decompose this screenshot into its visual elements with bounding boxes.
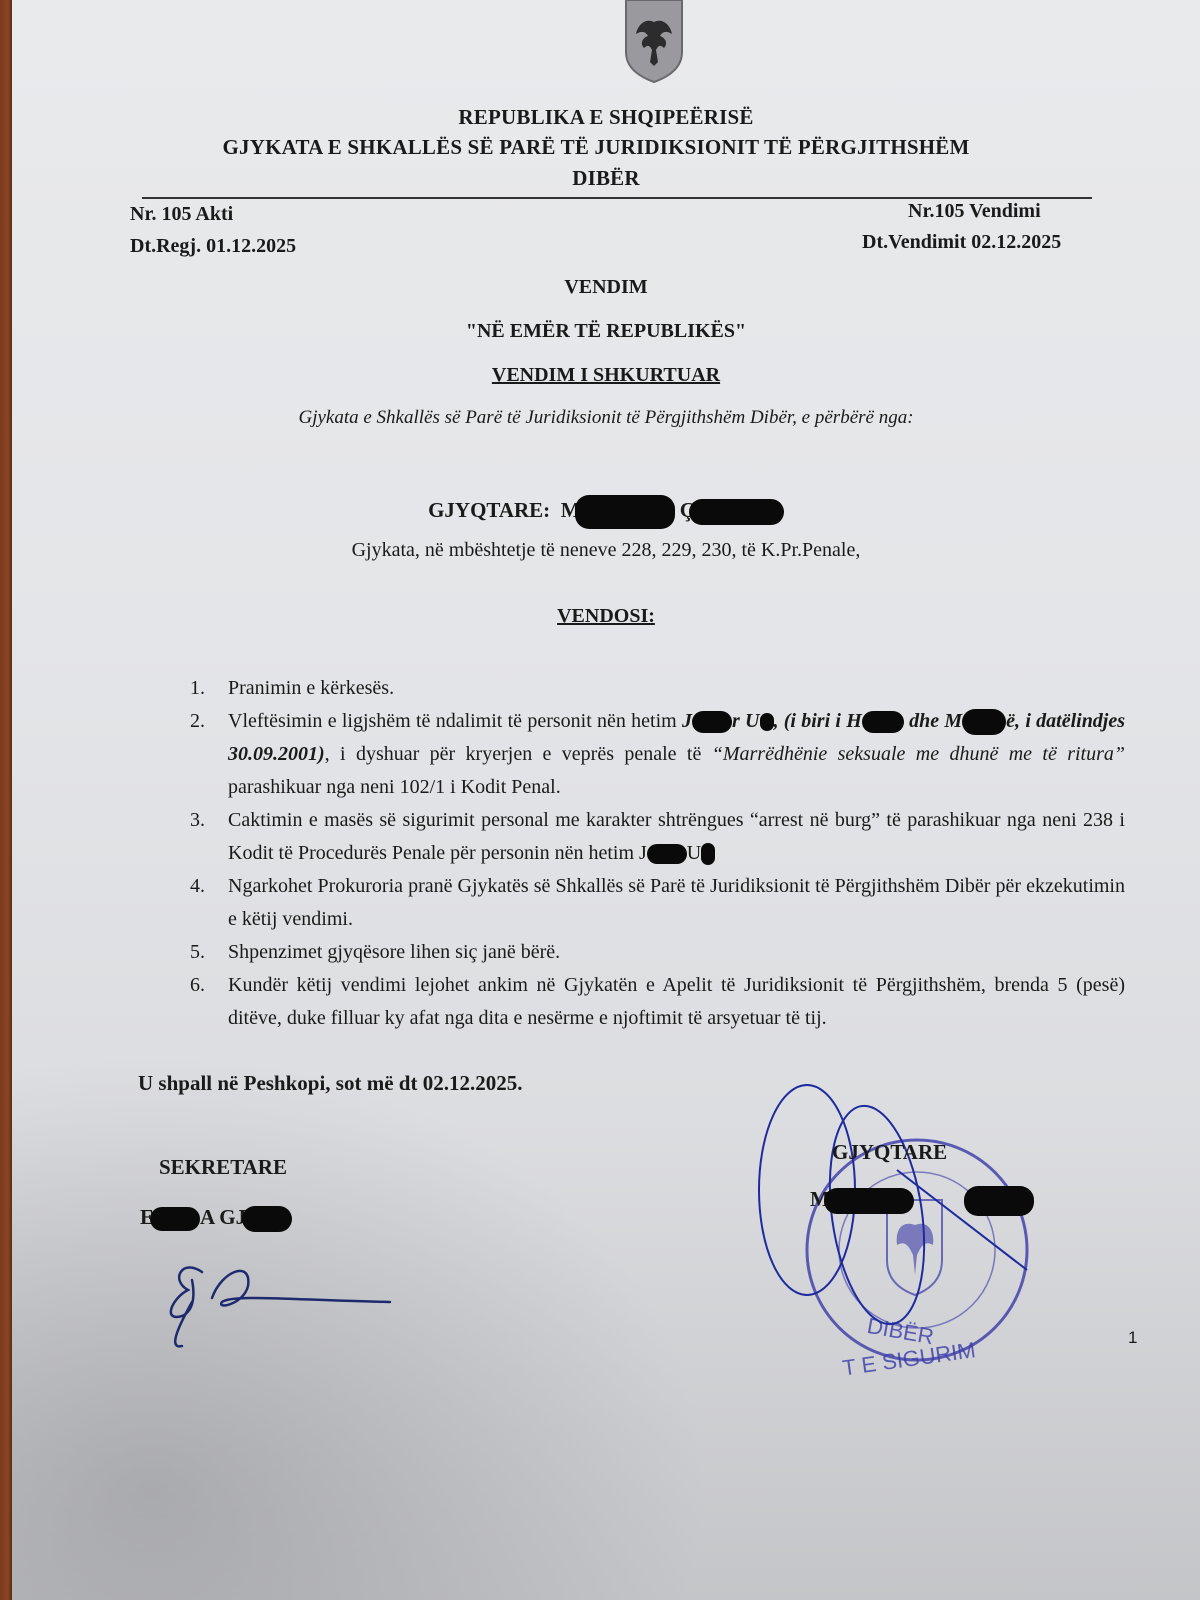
- item-text: , i dyshuar për kryerjen e veprës penale…: [325, 743, 712, 765]
- redaction-mark: [760, 713, 774, 731]
- suspect-name-initial: J: [682, 710, 692, 732]
- legal-basis: Gjykata, në mbështetje të neneve 228, 22…: [12, 539, 1200, 562]
- header-district: DIBËR: [12, 166, 1200, 191]
- redaction-mark: [692, 711, 732, 733]
- item-number: 6.: [190, 969, 205, 1002]
- header-divider: [142, 197, 1092, 199]
- court-composition: Gjykata e Shkallës së Parë të Juridiksio…: [12, 407, 1200, 429]
- judge-sign-name: M: [810, 1186, 1034, 1216]
- decision-number: Nr.105 Vendimi: [908, 200, 1041, 223]
- item-number: 3.: [190, 804, 205, 837]
- item-number: 1.: [190, 672, 205, 705]
- announcement: U shpall në Peshkopi, sot më dt 02.12.20…: [138, 1071, 522, 1096]
- item-number: 5.: [190, 936, 205, 969]
- redaction-mark: [824, 1188, 914, 1214]
- redaction-mark: [701, 843, 715, 865]
- offense-name: “Marrëdhënie seksuale me dhunë me të rit…: [712, 743, 1125, 765]
- decision-item: 5.Shpenzimet gjyqësore lihen siç janë bë…: [190, 936, 1125, 969]
- item-text: Shpenzimet gjyqësore lihen siç janë bërë…: [228, 941, 560, 963]
- item-text: Vleftësimin e ligjshëm të ndalimit të pe…: [228, 710, 682, 732]
- suspect-name-part: r U: [732, 710, 760, 732]
- item-text: parashikuar nga neni 102/1 i Kodit Penal…: [228, 776, 561, 798]
- act-number: Nr. 105 Akti: [130, 203, 233, 226]
- redaction-mark: [689, 499, 784, 525]
- item-number: 4.: [190, 870, 205, 903]
- secretary-label: SEKRETARE: [159, 1155, 287, 1180]
- judge-sign-label: GJYQTARE: [832, 1140, 947, 1165]
- secretary-signature-icon: [152, 1250, 402, 1360]
- title-ne-emer: "NË EMËR TË REPUBLIKËS": [12, 320, 1200, 343]
- header-republic: REPUBLIKA E SHQIPEËRISË: [12, 105, 1200, 130]
- redaction-mark: [575, 495, 675, 529]
- decision-items: 1.Pranimin e kërkesës. 2.Vleftësimin e l…: [190, 672, 1125, 1035]
- item-text: Ngarkohet Prokuroria pranë Gjykatës së S…: [228, 875, 1125, 930]
- title-vendim: VENDIM: [12, 276, 1200, 299]
- mother-name-initial: M: [944, 710, 962, 732]
- judge-line: GJYQTARE: M Ç: [12, 495, 1200, 529]
- decision-date: Dt.Vendimit 02.12.2025: [862, 231, 1061, 254]
- header-court: GJYKATA E SHKALLËS SË PARË TË JURIDIKSIO…: [2, 135, 1190, 160]
- parent-info: dhe: [904, 710, 939, 732]
- title-vendim-shkurtuar: VENDIM I SHKURTUAR: [492, 364, 720, 386]
- court-stamp-icon: DIBËR T E SIGURIM: [747, 1080, 1067, 1380]
- suspect-name-part: U: [687, 842, 701, 864]
- item-text: Pranimin e kërkesës.: [228, 677, 394, 699]
- parent-info: , (i biri i H: [774, 710, 862, 732]
- redaction-mark: [964, 1186, 1034, 1216]
- document-page: REPUBLIKA E SHQIPEËRISË GJYKATA E SHKALL…: [12, 0, 1200, 1600]
- secretary-surname-part: A GJ: [200, 1205, 246, 1229]
- redaction-mark: [242, 1206, 292, 1232]
- redaction-mark: [962, 709, 1006, 735]
- redaction-mark: [647, 844, 687, 864]
- item-number: 2.: [190, 705, 205, 738]
- item-text: Kundër këtij vendimi lejohet ankim në Gj…: [228, 974, 1125, 1029]
- redaction-mark: [862, 711, 904, 733]
- decision-item: 6.Kundër këtij vendimi lejohet ankim në …: [190, 969, 1125, 1035]
- decision-item: 3.Caktimin e masës së sigurimit personal…: [190, 804, 1125, 870]
- vendosi-heading: VENDOSI:: [557, 605, 655, 627]
- redaction-mark: [150, 1207, 200, 1231]
- albanian-coat-of-arms-icon: [624, 0, 684, 82]
- secretary-name: EA GJ: [140, 1205, 292, 1232]
- registration-date: Dt.Regj. 01.12.2025: [130, 235, 296, 258]
- page-number: 1: [1128, 1328, 1137, 1348]
- decision-item: 4.Ngarkohet Prokuroria pranë Gjykatës së…: [190, 870, 1125, 936]
- decision-item: 2.Vleftësimin e ligjshëm të ndalimit të …: [190, 705, 1125, 804]
- judge-label: GJYQTARE:: [428, 498, 550, 522]
- decision-item: 1.Pranimin e kërkesës.: [190, 672, 1125, 705]
